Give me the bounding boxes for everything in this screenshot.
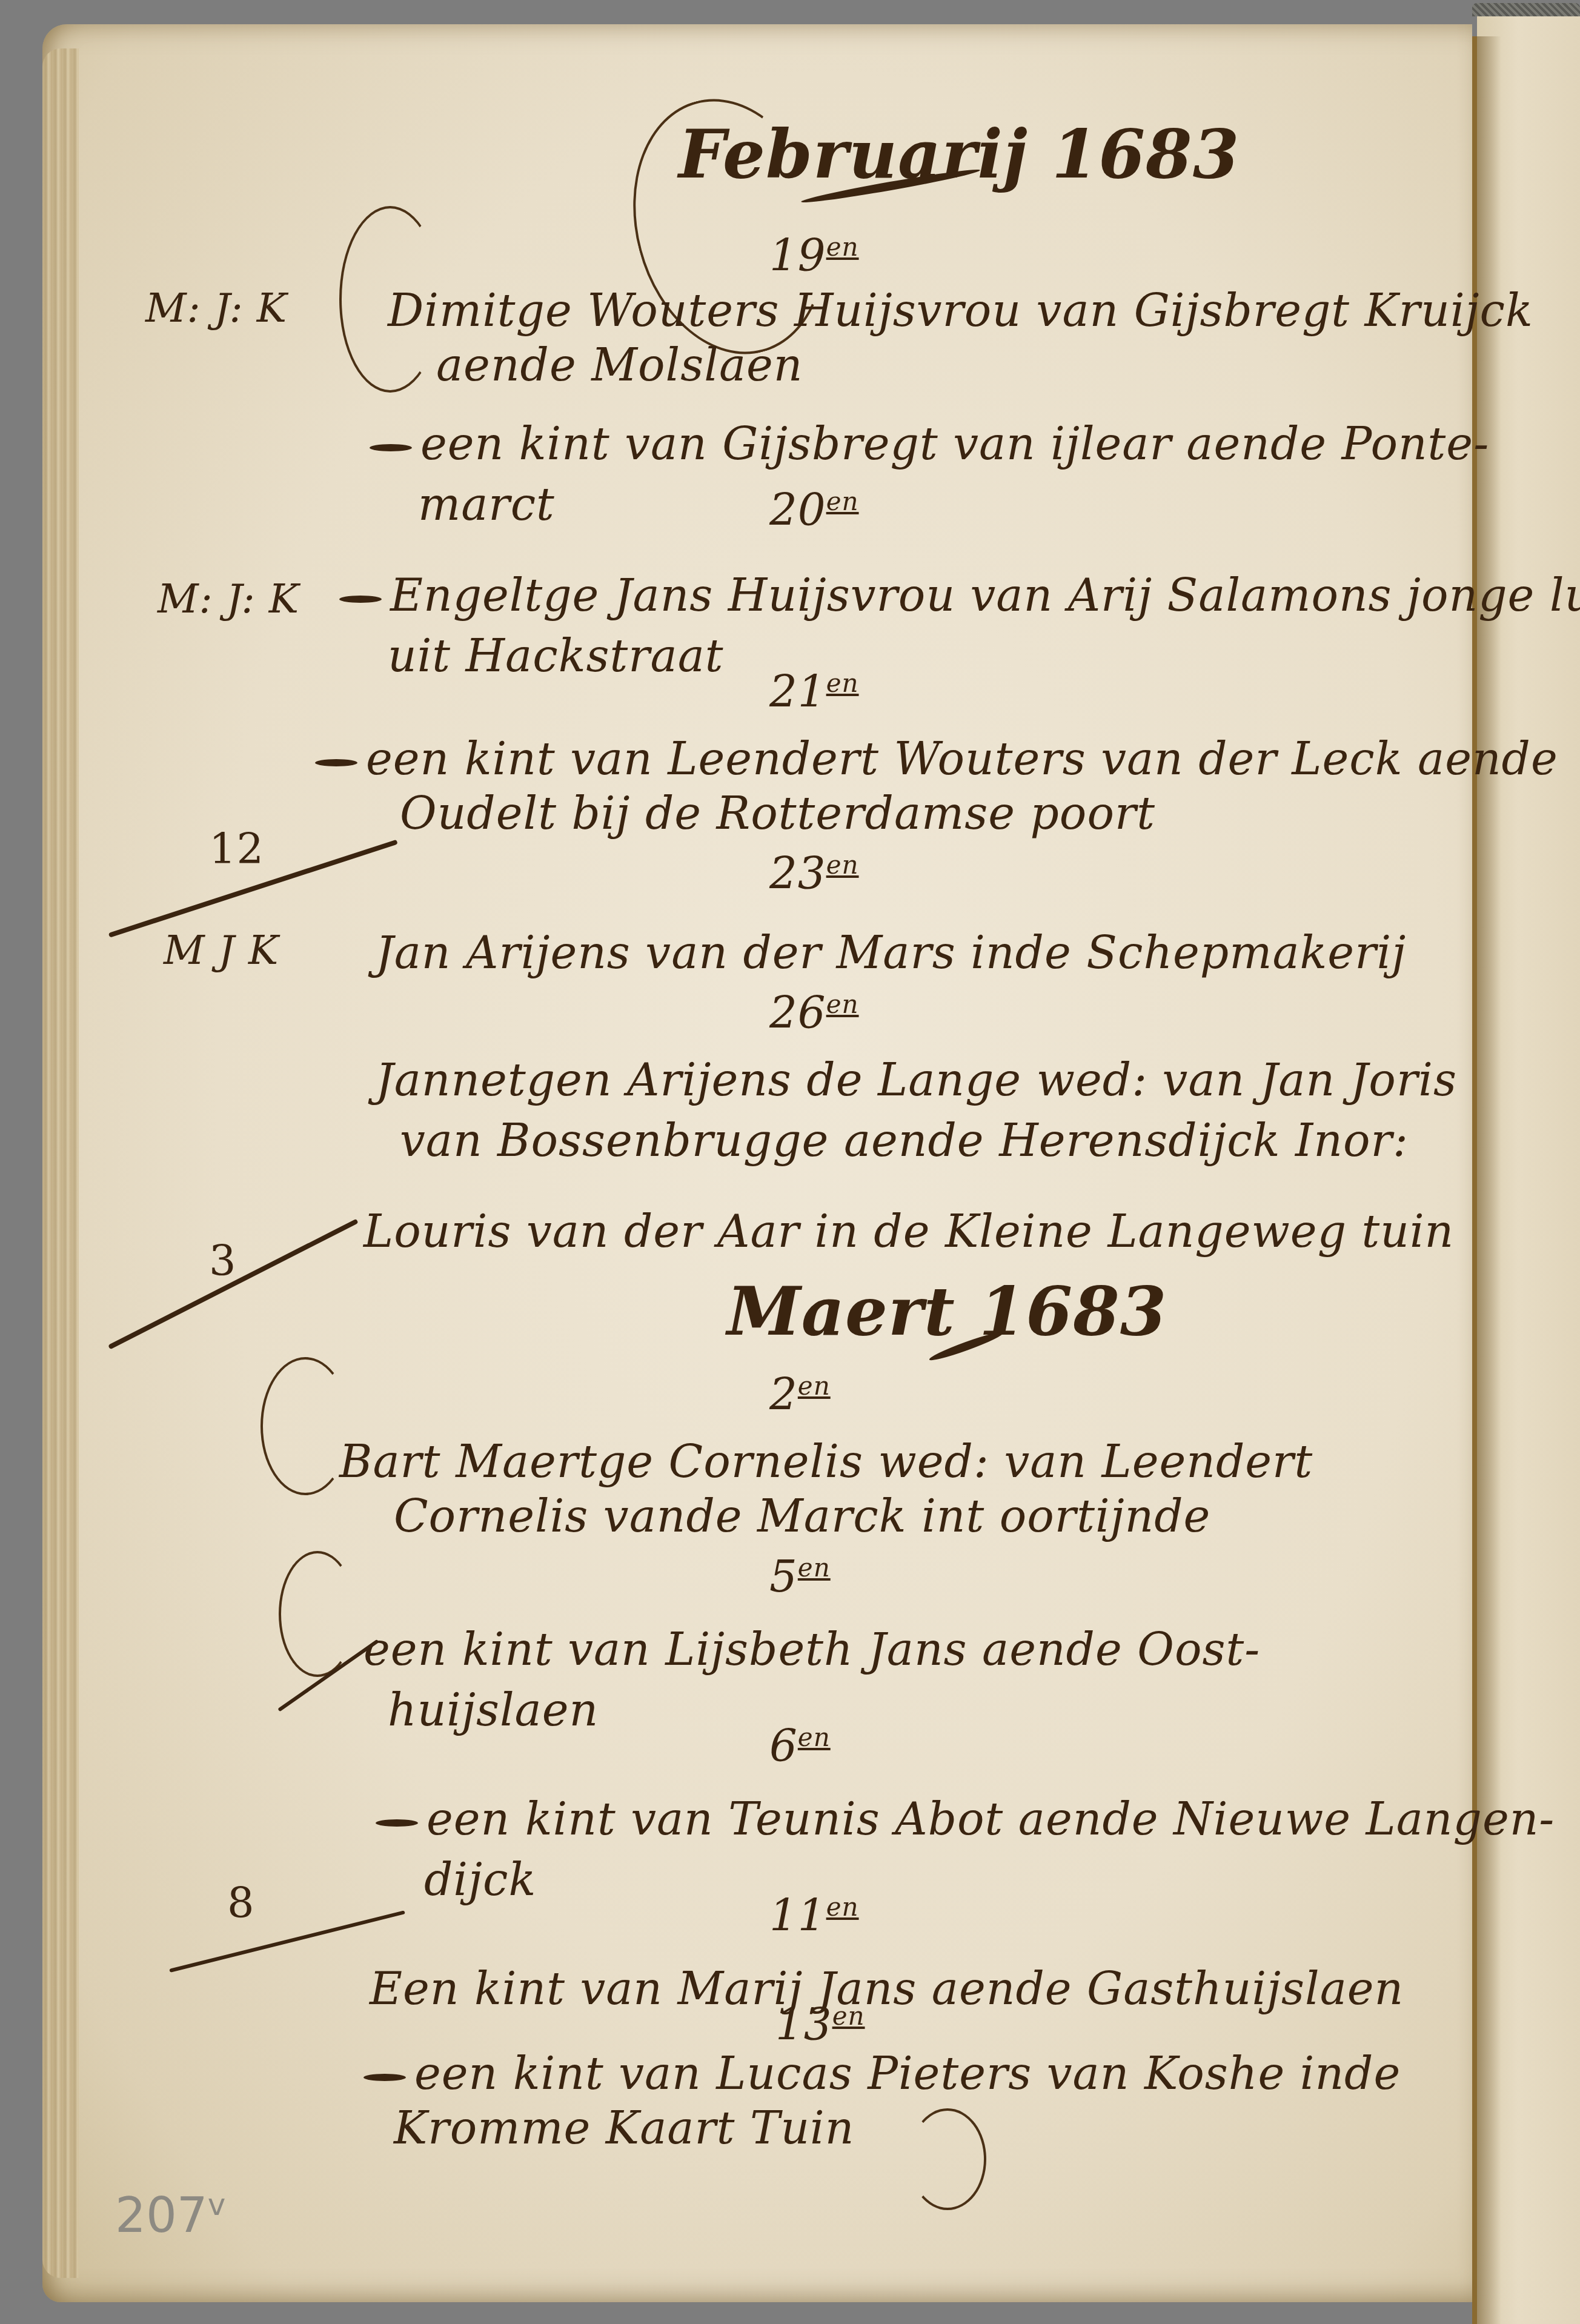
folio-number: 207v: [115, 2187, 225, 2243]
entry-line: van Bossenbrugge aende Herensdijck Inor:: [400, 1115, 1409, 1167]
entry-line: een kint van Teunis Abot aende Nieuwe La…: [376, 1793, 1555, 1845]
margin-tally: 3: [209, 1236, 237, 1286]
entry-line: Oudelt bij de Rotterdamse poort: [400, 788, 1155, 840]
entry-line: Een kint van Marij Jans aende Gasthuijsl…: [370, 1963, 1404, 2015]
margin-annotation: M: J: K: [145, 285, 287, 331]
entry-line: Bart Maertge Cornelis wed: van Leendert: [339, 1436, 1313, 1488]
closing-flourish-decoration: [909, 2108, 986, 2210]
entry-line: Engeltge Jans Huijsvrou van Arij Salamon…: [339, 569, 1580, 622]
book-gutter: [1472, 36, 1477, 2324]
dash-mark: [363, 2074, 406, 2081]
entry-date: 11en: [769, 1890, 859, 1941]
entry-date: 5en: [769, 1551, 831, 1602]
entry-line: Jan Arijens van der Mars inde Schepmaker…: [376, 927, 1406, 979]
entry-line: marct: [418, 479, 555, 531]
section-heading-march: Maert 1683: [727, 1272, 1167, 1350]
margin-tally: 8: [227, 1878, 255, 1928]
margin-annotation: M: J: K: [158, 576, 299, 622]
entry-date: 21en: [769, 666, 859, 717]
entry-line: Dimitge Wouters Huijsvrou van Gijsbregt …: [388, 285, 1533, 337]
entry-line: uit Hackstraat: [388, 630, 724, 682]
entry-line: een kint van Leendert Wouters van der Le…: [315, 733, 1558, 785]
entry-line: Kromme Kaart Tuin: [394, 2102, 854, 2154]
page-edge-worn: [42, 48, 79, 2278]
entry-date: 23en: [769, 848, 859, 899]
dash-mark: [339, 596, 382, 603]
entry-line: dijck: [424, 1854, 536, 1906]
entry-line: Jannetgen Arijens de Lange wed: van Jan …: [376, 1054, 1457, 1106]
entry-date: 26en: [769, 988, 859, 1038]
dash-mark: [370, 444, 412, 451]
entry-date: 6en: [769, 1721, 831, 1771]
entry-line: huijslaen: [388, 1684, 599, 1736]
section-heading-february: Februarij 1683: [679, 115, 1240, 193]
entry-line: een kint van Lucas Pieters van Koshe ind…: [363, 2048, 1401, 2100]
entry-line: aende Molslaen: [436, 339, 803, 391]
entry-line: een kint van Gijsbregt van ijlear aende …: [370, 418, 1489, 470]
entry-date: 13en: [775, 1999, 865, 2050]
gutter-shadow: [1477, 36, 1501, 2324]
dash-mark: [376, 1819, 418, 1827]
margin-tally: 12: [209, 824, 264, 874]
entry-line: Cornelis vande Marck int oortijnde: [394, 1490, 1210, 1542]
entry-date: 19en: [769, 230, 859, 281]
margin-annotation: M J K: [164, 927, 279, 974]
entry-line: een kint van Lijsbeth Jans aende Oost-: [363, 1624, 1260, 1676]
initial-flourish-decoration: [279, 1551, 356, 1677]
dash-mark: [315, 759, 357, 766]
entry-date: 2en: [769, 1369, 831, 1420]
entry-date: 20en: [769, 485, 859, 536]
book-binding: [1472, 3, 1580, 16]
entry-line: Louris van der Aar in de Kleine Langeweg…: [363, 1206, 1454, 1258]
initial-flourish-decoration: [261, 1357, 350, 1495]
